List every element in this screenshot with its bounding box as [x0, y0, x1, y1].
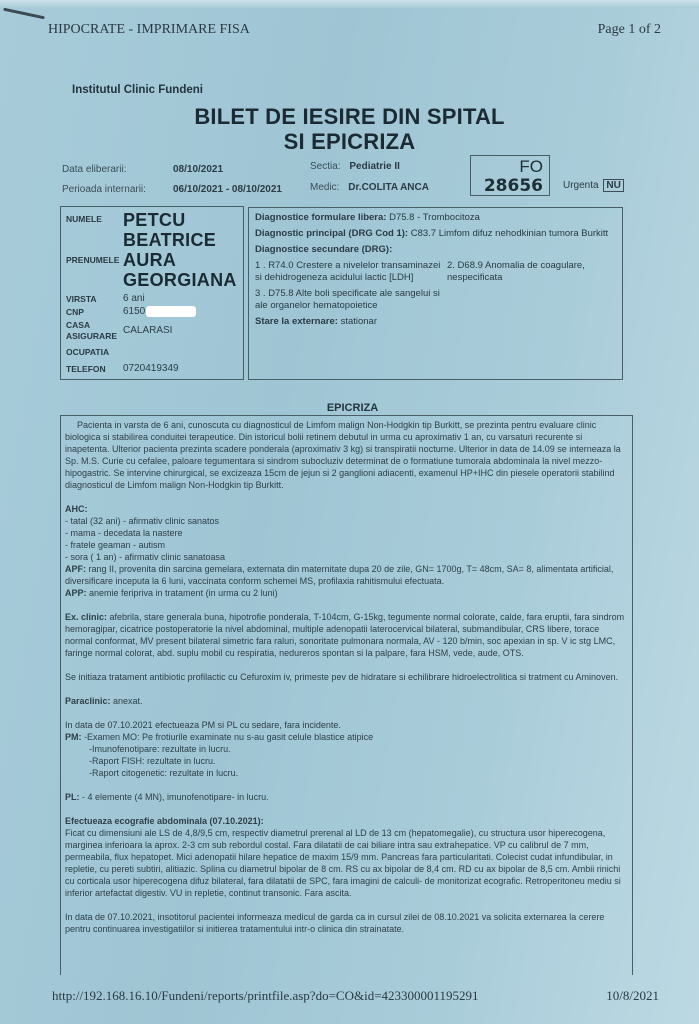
epicriza-intro: Pacienta in varsta de 6 ani, cunoscuta c…: [65, 419, 628, 491]
pm-label: PM:: [65, 732, 82, 742]
apf-text: rang II, provenita din sarcina gemelara,…: [65, 564, 613, 586]
ahc-item: - fratele geaman - autism: [65, 539, 628, 551]
casa-label-2: ASIGURARE: [66, 331, 123, 342]
telefon-row: TELEFON 0720419349: [66, 362, 238, 375]
fo-number: 28656: [471, 176, 543, 196]
eco-label: Efectueaza ecografie abdominala (07.10.2…: [65, 815, 628, 827]
paper-edge: [0, 0, 699, 8]
data-eliberarii: Data eliberarii:: [62, 164, 126, 175]
print-header: HIPOCRATE - IMPRIMARE FISA Page 1 of 2: [48, 22, 661, 38]
diag-secundare-list: 1 . R74.0 Crestere a nivelelor transamin…: [255, 260, 616, 316]
apf: APF: rang II, provenita din sarcina geme…: [65, 563, 628, 587]
virsta-row: VIRSTA 6 ani: [66, 292, 238, 305]
diag-libera-label: Diagnostice formulare libera:: [255, 212, 386, 223]
stare-externare: Stare la externare: stationar: [255, 316, 616, 328]
pl-label: PL:: [65, 792, 80, 802]
fo-box: FO 28656: [470, 155, 550, 196]
diag-secundare-item: 2. D68.9 Anomalia de coagulare, nespecif…: [447, 260, 616, 284]
prenumele-value: AURA GEORGIANA: [123, 250, 237, 290]
diagnostics-box: Diagnostice formulare libera: D75.8 - Tr…: [248, 207, 623, 380]
ex-clinic-text: afebrila, stare generala buna, hipotrofi…: [65, 612, 624, 658]
ahc-item: - sora ( 1 an) - afirmativ clinic sanato…: [65, 551, 628, 563]
perioada-label: Perioada internarii:: [62, 184, 146, 195]
institution-name: Institutul Clinic Fundeni: [72, 84, 203, 96]
pl: PL: - 4 elemente (4 MN), imunofenotipare…: [65, 791, 628, 803]
perioada-value-wrap: 06/10/2021 - 08/10/2021: [173, 184, 282, 195]
sectia-value: Pediatrie II: [349, 161, 400, 172]
footer-url: http://192.168.16.10/Fundeni/reports/pri…: [52, 988, 479, 1004]
data-eliberarii-label: Data eliberarii:: [62, 164, 126, 175]
casa-label-1: CASA: [66, 320, 123, 331]
medic-label: Medic:: [310, 182, 339, 193]
footer-date: 10/8/2021: [606, 988, 659, 1004]
pm: PM: -Examen MO: Pe frotiurile examinate …: [65, 731, 628, 743]
prenumele-label: PRENUMELE: [66, 255, 123, 266]
telefon-label: TELEFON: [66, 364, 123, 375]
perioada-value: 06/10/2021 - 08/10/2021: [173, 184, 282, 195]
numele-label: NUMELE: [66, 214, 123, 225]
casa-value: CALARASI: [123, 324, 172, 337]
ocupatia-row: OCUPATIA: [66, 347, 238, 358]
sectia-label: Sectia:: [310, 161, 341, 172]
medic-value: Dr.COLITA ANCA: [348, 182, 429, 193]
apf-label: APF:: [65, 564, 86, 574]
paraclinic-text: anexat.: [111, 696, 143, 706]
ex-clinic-label: Ex. clinic:: [65, 612, 107, 622]
pen-mark: [3, 8, 45, 20]
app-title: HIPOCRATE - IMPRIMARE FISA: [48, 22, 250, 38]
diag-libera: Diagnostice formulare libera: D75.8 - Tr…: [255, 212, 616, 224]
app-label: APP:: [65, 588, 87, 598]
fo-label: FO: [471, 158, 543, 176]
ahc-label: AHC:: [65, 503, 628, 515]
stare-label: Stare la externare:: [255, 316, 338, 327]
cnp-redaction: [146, 306, 196, 317]
data-eliberarii-value: 08/10/2021: [173, 164, 223, 175]
diag-principal-label: Diagnostic principal (DRG Cod 1):: [255, 228, 408, 239]
diag-secundare-item: 3 . D75.8 Alte boli specificate ale sang…: [255, 288, 441, 312]
medic: Medic: Dr.COLITA ANCA: [310, 182, 429, 193]
paraclinic-label: Paraclinic:: [65, 696, 111, 706]
document-title: BILET DE IESIRE DIN SPITAL SI EPICRIZA: [0, 104, 699, 154]
prenumele-line-2: GEORGIANA: [123, 270, 237, 290]
numele-row: NUMELE PETCU BEATRICE: [66, 210, 238, 250]
perioada-internarii: Perioada internarii:: [62, 184, 146, 195]
diag-secundare-item: 1 . R74.0 Crestere a nivelelor transamin…: [255, 260, 441, 284]
virsta-value: 6 ani: [123, 292, 145, 305]
cnp-visible: 6150: [123, 306, 145, 317]
diag-principal-value: C83.7 Limfom difuz nehodkinian tumora Bu…: [411, 228, 609, 239]
app-text: anemie feripriva in tratament (in urma c…: [87, 588, 278, 598]
pm-first: -Examen MO: Pe frotiurile examinate nu s…: [82, 732, 374, 742]
title-line-2: SI EPICRIZA: [0, 129, 699, 154]
ex-clinic: Ex. clinic: afebrila, stare generala bun…: [65, 611, 628, 659]
casa-label: CASA ASIGURARE: [66, 320, 123, 342]
ahc-item: - tatal (32 ani) - afirmativ clinic sana…: [65, 515, 628, 527]
urgenta-value: NU: [603, 179, 623, 192]
paraclinic: Paraclinic: anexat.: [65, 695, 628, 707]
cnp-label: CNP: [66, 307, 123, 318]
urgenta: Urgenta NU: [563, 180, 624, 191]
diag-libera-value: D75.8 - Trombocitoza: [389, 212, 480, 223]
stare-value: stationar: [341, 316, 377, 327]
prenumele-row: PRENUMELE AURA GEORGIANA: [66, 250, 238, 290]
pl-text: - 4 elemente (4 MN), imunofenotipare- in…: [80, 792, 269, 802]
page-indicator: Page 1 of 2: [598, 22, 661, 38]
ahc-item: - mama - decedata la nastere: [65, 527, 628, 539]
casa-row: CASA ASIGURARE CALARASI: [66, 320, 238, 342]
epicriza-title: EPICRIZA: [0, 402, 699, 414]
cnp-row: CNP 6150: [66, 305, 238, 318]
numele-value: PETCU BEATRICE: [123, 210, 216, 250]
ocupatia-label: OCUPATIA: [66, 347, 123, 358]
patient-info-box: NUMELE PETCU BEATRICE PRENUMELE AURA GEO…: [60, 206, 244, 380]
pm-item: -Raport citogenetic: rezultate in lucru.: [65, 767, 628, 779]
telefon-value: 0720419349: [123, 362, 179, 375]
title-line-1: BILET DE IESIRE DIN SPITAL: [0, 104, 699, 129]
pm-pl-intro: In data de 07.10.2021 efectueaza PM si P…: [65, 719, 628, 731]
diag-secundare-label: Diagnostice secundare (DRG):: [255, 244, 616, 256]
pm-item: -Raport FISH: rezultate in lucru.: [65, 755, 628, 767]
app: APP: anemie feripriva in tratament (in u…: [65, 587, 628, 599]
data-eliberarii-value-wrap: 08/10/2021: [173, 164, 223, 175]
print-footer: http://192.168.16.10/Fundeni/reports/pri…: [52, 988, 659, 1004]
externare-text: In data de 07.10.2021, insotitorul pacie…: [65, 911, 628, 935]
virsta-label: VIRSTA: [66, 294, 123, 305]
cnp-value: 6150: [123, 305, 196, 318]
numele-line-2: BEATRICE: [123, 230, 216, 250]
eco-text: Ficat cu dimensiuni ale LS de 4,8/9,5 cm…: [65, 827, 628, 899]
diag-principal: Diagnostic principal (DRG Cod 1): C83.7 …: [255, 228, 616, 240]
urgenta-label: Urgenta: [563, 180, 599, 191]
epicriza-box: Pacienta in varsta de 6 ani, cunoscuta c…: [60, 415, 633, 975]
tratament: Se initiaza tratament antibiotic profila…: [65, 671, 628, 683]
prenumele-line-1: AURA: [123, 250, 237, 270]
sectia: Sectia: Pediatrie II: [310, 161, 400, 172]
numele-line-1: PETCU: [123, 210, 216, 230]
pm-item: -Imunofenotipare: rezultate in lucru.: [65, 743, 628, 755]
